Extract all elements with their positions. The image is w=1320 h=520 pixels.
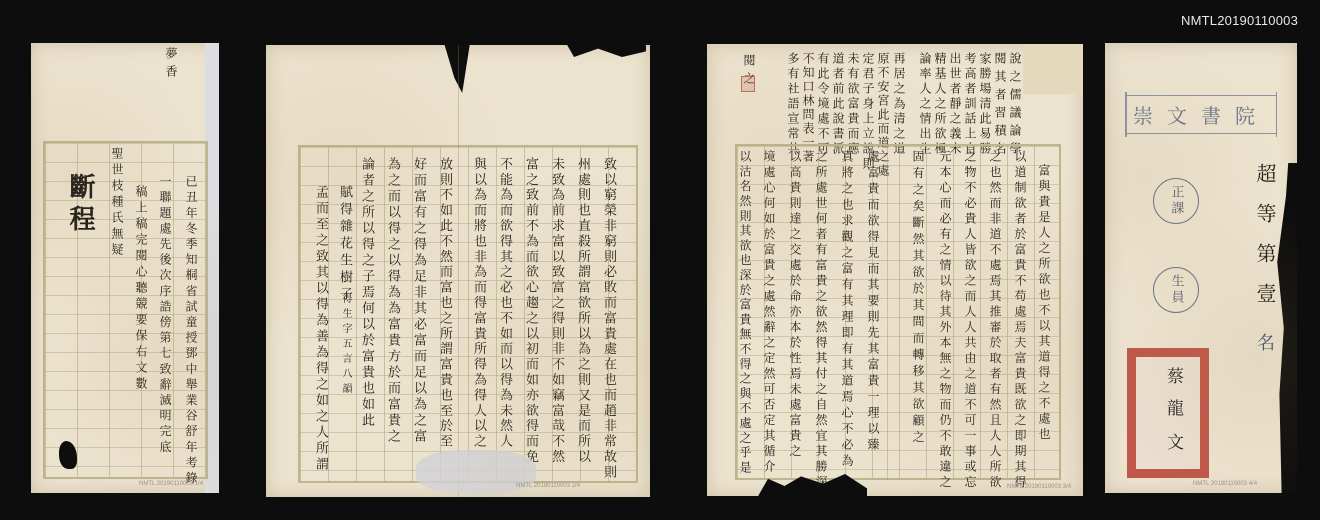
top-marginal-text: 夢香 — [165, 47, 177, 83]
rank-char-2: 等 — [1255, 203, 1275, 228]
commentary-column-13: 有此令境處不可 — [817, 52, 829, 157]
essay-column-9: 為之而以得之以得為為富貴方於而富貴之 — [386, 157, 399, 445]
commentary-column-8: 再居之為清之道 — [893, 52, 905, 157]
rank-char-3: 第 — [1255, 243, 1275, 268]
poem-column: 孟而至之致其以得為善為得之如之人所謂 — [314, 185, 327, 473]
name-red-seal: 蔡 龍 文 — [1127, 348, 1209, 478]
commentary-column-5: 出世者靜之義未 — [949, 52, 961, 157]
document-title: 斷程 — [67, 173, 93, 237]
torn-edge-right — [1275, 163, 1297, 493]
archive-label: NMTL 20190110003 1/4 — [139, 481, 203, 487]
commentary-column-7: 論率人之情出生 — [919, 52, 931, 157]
red-seal-small — [741, 76, 755, 92]
essay-column-5: 固有之矣斷然其欲於其間而轉移其欲顧之 — [912, 150, 924, 447]
text-column-2: 一聯題處先後次序誥傍第七致辭滅明完底 — [159, 175, 171, 456]
essay-column-1: 致以窮榮非窮則必敗而富貴處在也而趙非常故則 — [602, 157, 615, 480]
circle-stamp-course: 正課 — [1153, 178, 1199, 224]
torn-edge-top-right — [566, 43, 646, 57]
seal-name-char-3: 文 — [1164, 433, 1181, 462]
essay-column-4: 富之致前不為而欲心趨之以初而如亦欲得而免 — [524, 157, 537, 465]
fold-line — [887, 144, 888, 480]
commentary-column-3: 家勝場清此易勝 — [979, 52, 991, 157]
essay-column-2: 之也然而非道不處焉其推審於取者有然且人人所欲 — [989, 150, 1001, 491]
essay-column-6: 與以為而將也非為而得富貴所得為得人以之 — [472, 157, 485, 450]
essay-column-8: 之所處世何者有富貴之欲然得其付之自然宜其勝深 — [815, 150, 827, 491]
essay-column-10: 論者之所以得之子焉何以於富貴也如此 — [360, 157, 373, 429]
text-column-1: 已丑年冬季知桐省試童授鄧中舉業谷舒年考錄 — [185, 175, 197, 487]
commentary-column-11: 未有欲富貴而應 — [847, 52, 859, 157]
rank-char-4: 壹 — [1255, 283, 1275, 308]
poem-title: 賦得雜花生樹子 — [338, 185, 351, 304]
fold-line — [458, 45, 459, 497]
academy-stamp: 崇文書院 — [1125, 95, 1277, 134]
poem-sub-note: 得生字五言八韻 — [340, 293, 350, 398]
commentary-column-4: 考高者訓話上自 — [964, 52, 976, 157]
essay-column-5: 不能為而欲得其之必也不如而以得為未然人 — [498, 157, 511, 450]
seal-name-char-2: 龍 — [1164, 399, 1181, 428]
rank-char-5: 名 — [1255, 333, 1273, 356]
essay-title: 富與貴是人之所欲也不以其道得之不處也 — [1038, 164, 1050, 443]
essay-column-3: 之物不必貴人皆欲之而人人共由之道不可一事或忘 — [964, 150, 976, 491]
essay-column-3: 未致為前求富以致富之得則非不如竊富哉不然 — [550, 157, 563, 465]
commentary-column-6: 精基人之所欲極 — [934, 52, 946, 157]
document-panel-3: 說之儒議論學 閱其者習積名 家勝場清此易勝 考高者訓話上自 出世者靜之義未 精基… — [707, 44, 1083, 496]
archive-label: NMTL 20190110003 4/4 — [1193, 481, 1257, 487]
rank-char-1: 超 — [1255, 163, 1275, 188]
torn-edge-top — [444, 43, 470, 93]
commentary-column-15: 多有社語宣常共 — [787, 52, 799, 157]
document-panel-4: 崇文書院 正課 生員 超 等 第 壹 名 蔡 龍 文 NMTL 20190110… — [1105, 43, 1297, 493]
essay-column-1: 以道制欲者於富貴不苟處焉夫富貴既欲之即期其得 — [1014, 150, 1026, 491]
text-column-3: 稿上稿完閱心聽競要保右文數 — [135, 185, 147, 393]
commentary-column-12: 道者前此說書派 — [832, 52, 844, 157]
essay-column-7: 放則不如此不然而富也之所謂富貴也至於至 — [438, 157, 451, 450]
circle-stamp-student: 生員 — [1153, 267, 1199, 313]
essay-column-9: 以高貴則達之交處於命亦本於性焉未處富貴之 — [789, 150, 801, 460]
essay-column-7: 真將之也求觀之富有其理即有其道焉心不必為 — [841, 150, 853, 470]
archive-label: NMTL 20190110003 2/4 — [516, 483, 580, 489]
archive-label: NMTL 20190110003 3/4 — [1007, 484, 1071, 490]
document-panel-1: 夢香 斷程 已丑年冬季知桐省試童授鄧中舉業谷舒年考錄 一聯題處先後次序誥傍第七致… — [31, 43, 219, 493]
archive-id-label: NMTL20190110003 — [1181, 13, 1298, 28]
document-panel-2: 致以窮榮非窮則必敗而富貴處在也而趙非常故則 州處則也直殺所謂富欲所以為之則又是而… — [266, 45, 650, 497]
attached-slip — [1023, 44, 1083, 94]
essay-column-2: 州處則也直殺所謂富欲所以為之則又是而所以 — [576, 157, 589, 465]
essay-column-6: 處富貴而欲得見而其要則先其富貴一理以臻 — [867, 150, 879, 454]
text-column-4: 聖世枝種氏無疑 — [111, 147, 123, 259]
seal-name-char-1: 蔡 — [1164, 367, 1181, 396]
essay-column-8: 好而富有之得為足非其必富而足以為之富 — [412, 157, 425, 445]
essay-column-4: 元本心而必有之情以待其外本無之物而仍不敢違之 — [939, 150, 951, 491]
essay-column-11: 以沽名然則其欲也深於富貴無不得之與不處之乎是 — [739, 150, 751, 476]
essay-column-10: 境處心何如於富貴之處然辭之定然可否定其循介 — [763, 150, 775, 476]
